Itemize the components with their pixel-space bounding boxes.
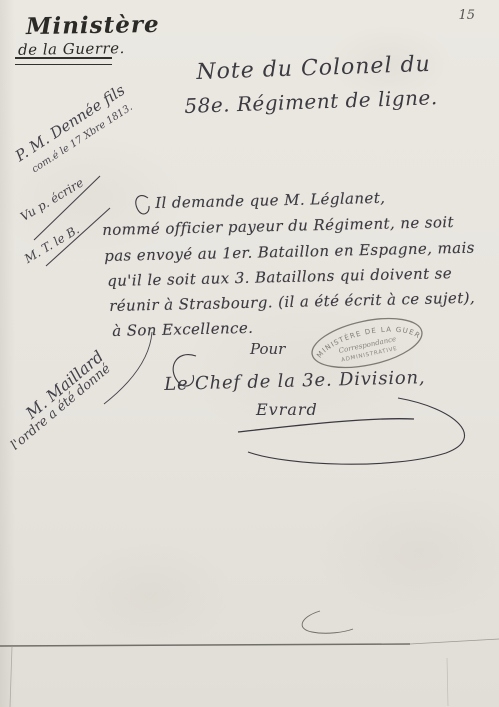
bottom-curl [302,611,353,633]
margin-note-flourish [104,332,152,404]
crease-vertical-left [10,646,12,707]
crease-vertical-right [447,658,448,706]
document-page: Ministère de la Guerre. 15 Note du Colon… [0,0,499,707]
signature-underline [238,419,414,432]
closing-pour: Pour [250,340,285,358]
body-line: qu'il le soit aux 3. Bataillons qui doiv… [107,264,452,290]
page-number: 15 [458,8,475,23]
title-line-2: 58e. Régiment de ligne. [184,85,438,118]
svg-text:MINISTÈRE DE LA GUERRE: MINISTÈRE DE LA GUERRE [312,317,423,362]
stamp-center-line-1: Correspondance [338,335,397,355]
title-line-1: Note du Colonel du [196,52,431,85]
body-line: pas envoyé au 1er. Bataillon en Espagne,… [104,239,475,265]
stamp-border [308,310,427,376]
crease-horizontal [0,644,410,646]
letterhead-underline [15,57,112,65]
body-line: Il demande que M. Léglanet, [155,189,386,212]
body-line: nommé officier payeur du Régiment, ne so… [102,213,454,239]
body-line: réunir à Strasbourg. (il a été écrit à c… [109,289,475,315]
letterhead-subtitle: de la Guerre. [18,39,125,59]
stamp-ring-text: MINISTÈRE DE LA GUERRE [312,317,423,362]
signature: Evrard [256,400,318,419]
crease-horizontal-light [410,639,499,644]
stamp-center-line-2: ADMINISTRATIVE [341,346,398,364]
margin-paraph-2: M. T. le B. [22,222,82,266]
signer-role: Le Chef de la 3e. Division, [164,367,426,395]
body-initial-flourish [136,196,149,214]
margin-paraph-1: Vu p. écrire [18,175,86,224]
ministry-stamp: MINISTÈRE DE LA GUERRE Correspondance AD… [308,310,427,376]
letterhead-title: Ministère [26,11,160,40]
body-line: à Son Excellence. [112,319,253,340]
